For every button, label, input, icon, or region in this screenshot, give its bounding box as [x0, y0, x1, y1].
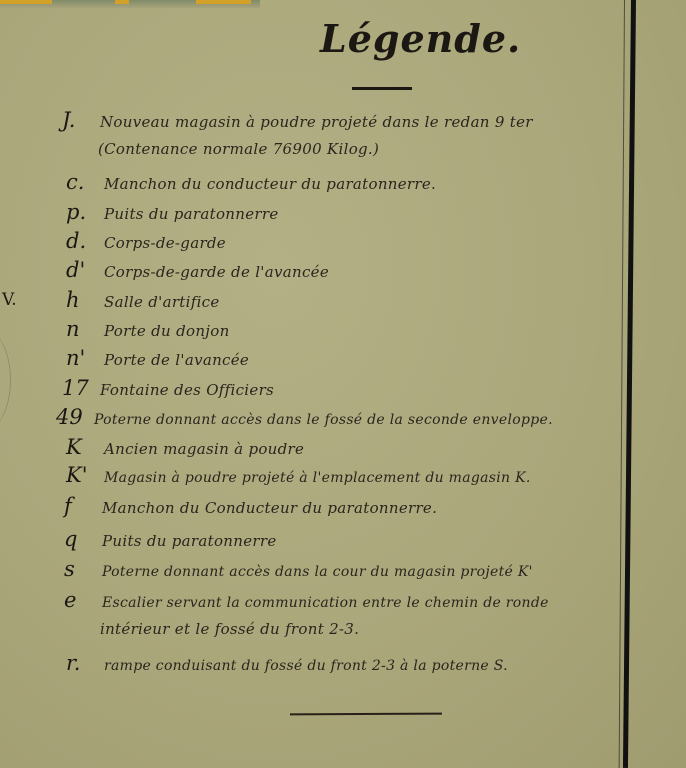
legend-description: rampe conduisant du fossé du front 2-3 à… [104, 658, 508, 674]
legend-description: Corps-de-garde de l'avancée [104, 263, 329, 281]
legend-key: 49 [56, 405, 94, 429]
legend-description: Corps-de-garde [104, 234, 226, 252]
legend-key: e [64, 588, 102, 612]
legend-key: K [66, 435, 104, 459]
map-edge-color-block [115, 0, 129, 4]
legend-description: Escalier servant la communication entre … [102, 595, 549, 611]
legend-entry-17: 17 Fontaine des Officiers [62, 376, 274, 400]
legend-key: f [64, 494, 102, 518]
legend-continuation: intérieur et le fossé du front 2-3. [100, 620, 359, 638]
legend-description: Magasin à poudre projeté à l'emplacement… [104, 470, 531, 486]
legend-description: Poterne donnant accès dans le fossé de l… [94, 412, 553, 428]
legend-key: n [66, 317, 104, 341]
legend-description: Fontaine des Officiers [100, 381, 274, 399]
legend-entry-K-prime: K' Magasin à poudre projeté à l'emplacem… [66, 463, 531, 487]
legend-key: 17 [62, 376, 100, 400]
legend-entry-q: q Puits du paratonnerre [64, 527, 277, 551]
legend-key: q [64, 527, 102, 551]
map-edge-strip [0, 0, 260, 8]
legend-entry-d-prime: d' Corps-de-garde de l'avancée [66, 258, 329, 282]
legend-entry-d: d. Corps-de-garde [66, 229, 226, 253]
legend-description: Salle d'artifice [104, 293, 220, 311]
legend-key: d. [66, 229, 104, 253]
legend-key: s [64, 557, 102, 581]
legend-key: c. [66, 170, 104, 194]
legend-key: J. [62, 108, 100, 132]
title-underline [352, 87, 412, 90]
legend-key: K' [66, 463, 104, 487]
legend-entry-n-prime: n' Porte de l'avancée [66, 346, 249, 370]
legend-entry-c: c. Manchon du conducteur du paratonnerre… [66, 170, 436, 194]
legend-entry-r: r. rampe conduisant du fossé du front 2-… [66, 651, 508, 675]
margin-mark: V. [2, 290, 17, 310]
legend-key: d' [66, 258, 104, 282]
legend-entry-e: e Escalier servant la communication entr… [64, 588, 549, 612]
legend-entry-s: s Poterne donnant accès dans la cour du … [64, 557, 533, 581]
map-edge-color-block [0, 0, 52, 4]
legend-description: Manchon du conducteur du paratonnerre. [104, 175, 436, 193]
legend-key: p. [66, 200, 104, 224]
legend-description: Poterne donnant accès dans la cour du ma… [102, 564, 533, 580]
legend-entry-J: J. Nouveau magasin à poudre projeté dans… [62, 108, 533, 132]
legend-entry-h: h Salle d'artifice [66, 288, 220, 312]
legend-entry-f: f Manchon du Conducteur du paratonnerre. [64, 494, 437, 518]
legend-key: h [66, 288, 104, 312]
legend-description: Porte du donjon [104, 322, 230, 340]
legend-description: Porte de l'avancée [104, 351, 249, 369]
legend-entry-K: K Ancien magasin à poudre [66, 435, 304, 459]
legend-key: n' [66, 346, 104, 370]
legend-description: Nouveau magasin à poudre projeté dans le… [100, 113, 533, 131]
legend-entry-p: p. Puits du paratonnerre [66, 200, 279, 224]
legend-title: Légende. [320, 16, 521, 61]
legend-description: Ancien magasin à poudre [104, 440, 304, 458]
legend-description: Manchon du Conducteur du paratonnerre. [102, 499, 437, 517]
map-edge-color-block [196, 0, 251, 4]
legend-description: Puits du paratonnerre [102, 532, 277, 550]
legend-continuation: (Contenance normale 76900 Kilog.) [98, 140, 379, 158]
legend-entry-49: 49 Poterne donnant accès dans le fossé d… [56, 405, 553, 429]
legend-key: r. [66, 651, 104, 675]
legend-description: Puits du paratonnerre [104, 205, 279, 223]
legend-entry-n: n Porte du donjon [66, 317, 230, 341]
